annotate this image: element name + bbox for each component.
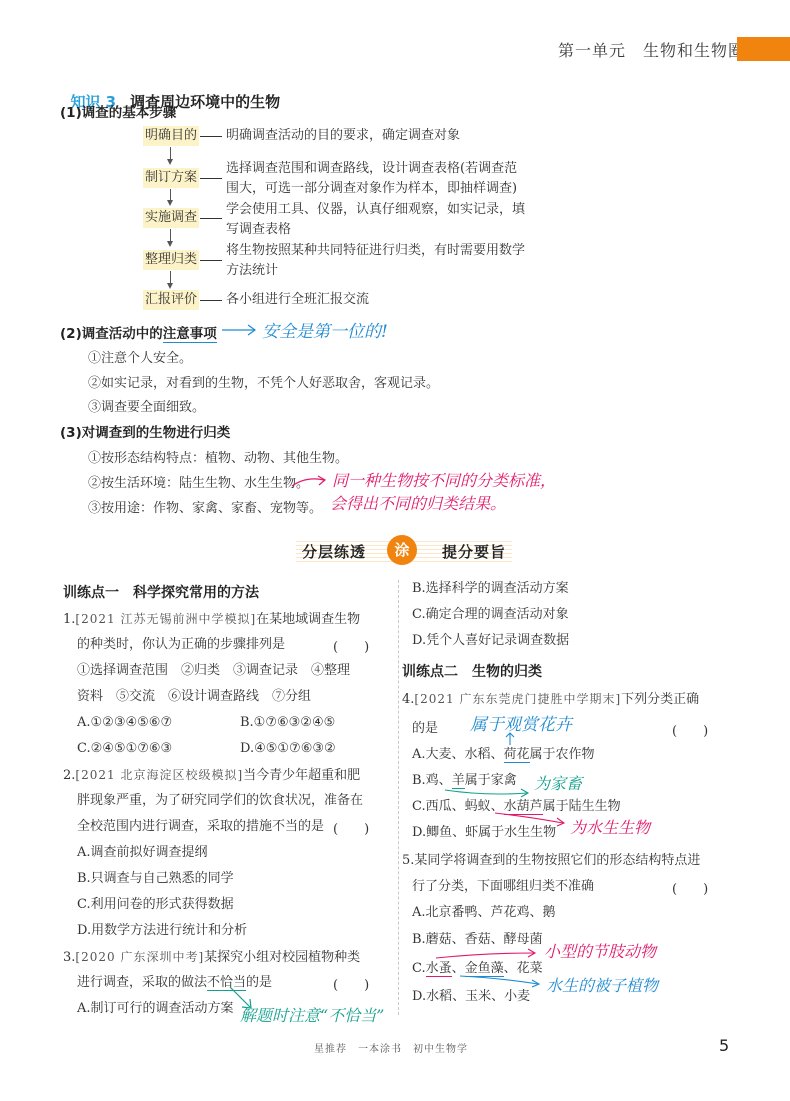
list-item: ③调查要全面细致。: [88, 396, 205, 415]
underlined-key-term: 注意事项: [163, 326, 217, 343]
q1-option-a[interactable]: A.①②③④⑤⑥⑦: [77, 710, 172, 736]
column-divider: [398, 580, 399, 1015]
q1-options-line1: ①选择调查范围 ②归类 ③调查记录 ④整理: [77, 658, 350, 684]
section3-heading: (3)对调查到的生物进行归类: [60, 421, 230, 441]
q-number: 2.: [63, 768, 75, 783]
answer-blank[interactable]: ( ): [333, 636, 369, 655]
practice-banner: 分层练透 涂 提分要旨: [296, 538, 512, 562]
flow-connector: [200, 178, 222, 179]
flow-step-1: 明确目的: [143, 126, 199, 146]
q-stem: 进行调查，采取的做法: [77, 975, 207, 990]
q1-stem-line2: 的种类时，你认为正确的步骤排列是: [77, 632, 285, 658]
flow-step-2: 制订方案: [143, 168, 199, 188]
option-text: 属于农作物: [530, 747, 595, 762]
q-number: 5.: [402, 853, 414, 868]
flow-desc-2: 选择调查范围和调查路线，设计调查表格(若调查范围大，可选一部分调查对象作为样本，…: [226, 159, 526, 199]
answer-blank[interactable]: ( ): [672, 878, 708, 897]
flow-step-5: 汇报评价: [143, 290, 199, 310]
answer-blank[interactable]: ( ): [333, 818, 369, 837]
list-item: ③按用途：作物、家禽、家畜、宠物等。: [88, 497, 322, 516]
banner-left-text: 分层练透: [302, 541, 366, 562]
q5-option-d[interactable]: D.水稻、玉米、小麦: [412, 984, 530, 1010]
q1-option-b[interactable]: B.①⑦⑥③②④⑤: [240, 710, 335, 736]
option-text: C.西瓜、蚂蚁、: [412, 799, 504, 814]
flow-connector: [200, 136, 222, 137]
q-number: 3.: [63, 950, 75, 965]
flow-desc-3: 学会使用工具、仪器，认真仔细观察，如实记录，填写调查表格: [226, 200, 526, 240]
chapter-header: 第一单元 生物和生物圈: [558, 38, 745, 61]
curved-arrow-icon: [292, 474, 328, 490]
q3-option-d[interactable]: D.凭个人喜好记录调查数据: [412, 628, 569, 654]
flow-step-4: 整理归类: [143, 250, 199, 270]
q3-option-a[interactable]: A.制订可行的调查活动方案: [77, 996, 234, 1022]
q-stem: 当今青少年超重和肥: [243, 768, 360, 783]
heading-text: (2)调查活动中的: [60, 326, 163, 342]
q-source: [2021 江苏无锡前洲中学模拟]: [75, 612, 256, 626]
q-stem: 某同学将调查到的生物按照它们的形态结构特点进: [414, 853, 700, 868]
q3-option-b[interactable]: B.选择科学的调查活动方案: [412, 576, 569, 602]
q5-stem-line1: 5.某同学将调查到的生物按照它们的形态结构特点进: [402, 848, 700, 874]
arrow-down-icon: [170, 147, 171, 163]
flow-desc-4: 将生物按照某种共同特征进行归类，有时需要用数学方法统计: [226, 241, 526, 281]
q2-stem-line1: 2.[2021 北京海淀区校级模拟]当今青少年超重和肥: [63, 762, 360, 789]
list-item: ①按形态结构特点：植物、动物、其他生物。: [88, 447, 348, 466]
q1-stem-line1: 1.[2021 江苏无锡前洲中学模拟]在某地域调查生物: [63, 606, 360, 633]
q4-option-a[interactable]: A.大麦、水稻、荷花属于农作物: [412, 742, 595, 768]
section2-heading: (2)调查活动中的注意事项: [60, 322, 217, 342]
q-stem: 下列分类正确: [621, 692, 699, 707]
handwritten-note-safety: 安全是第一位的!: [262, 317, 388, 342]
handwritten-note-caution: 解题时注意“不恰当”: [240, 1003, 384, 1026]
q4-option-d[interactable]: D.鲫鱼、虾属于水生生物: [412, 820, 556, 846]
chapter-title: 生物和生物圈: [643, 41, 745, 60]
q3-stem-line1: 3.[2020 广东深圳中考]某探究小组对校园植物种类: [63, 944, 360, 971]
handwritten-note-angiosperm: 水生的被子植物: [546, 973, 658, 996]
q-source: [2021 广东东莞虎门捷胜中学期末]: [414, 692, 621, 706]
q5-stem-line2: 行了分类，下面哪组归类不准确: [412, 874, 594, 900]
q1-options-line2: 资料 ⑤交流 ⑥设计调查路线 ⑦分组: [77, 684, 311, 710]
q-stem: 在某地域调查生物: [256, 612, 360, 627]
flow-desc-5: 各小组进行全班汇报交流: [226, 290, 526, 310]
paint-badge-icon: 涂: [387, 535, 417, 565]
q2-option-c[interactable]: C.利用问卷的形式获得数据: [77, 892, 234, 918]
header-accent-bar: [737, 37, 790, 61]
practice2-title: 训练点二 生物的归类: [402, 661, 542, 681]
handwritten-note-classification-1: 同一种生物按不同的分类标准，: [332, 468, 556, 491]
footer-series: 星推荐 一本涂书 初中生物学: [314, 1040, 468, 1055]
q-number: 1.: [63, 612, 75, 627]
arrow-down-icon: [170, 271, 171, 287]
arrow-down-icon: [170, 189, 171, 204]
q2-option-b[interactable]: B.只调查与自己熟悉的同学: [77, 866, 234, 892]
arrow-down-icon: [170, 229, 171, 245]
handwritten-note-aquatic: 为水生生物: [570, 815, 650, 838]
handwritten-note-ornamental: 属于观赏花卉: [470, 710, 572, 735]
flow-connector: [200, 300, 222, 301]
q-stem: 某探究小组对校园植物种类: [204, 950, 360, 965]
list-item: ②按生活环境：陆生生物、水生生物。: [88, 472, 309, 491]
practice1-title: 训练点一 科学探究常用的方法: [63, 582, 259, 602]
q5-option-a[interactable]: A.北京番鸭、芦花鸡、鹅: [412, 900, 556, 926]
handwritten-note-classification-2: 会得出不同的归类结果。: [330, 491, 506, 514]
q2-option-d[interactable]: D.用数学方法进行统计和分析: [77, 918, 247, 944]
q2-stem-line2: 胖现象严重，为了研究同学们的饮食状况，准备在: [77, 788, 363, 814]
q1-option-d[interactable]: D.④⑤①⑦⑥③②: [240, 736, 336, 762]
handwritten-note-livestock: 为家畜: [534, 771, 582, 794]
arrow-right-icon: [222, 322, 258, 338]
flow-connector: [200, 218, 222, 219]
underlined-term: 荷花: [504, 747, 530, 763]
q4-stem-line1: 4.[2021 广东东莞虎门捷胜中学期末]下列分类正确: [402, 686, 699, 713]
q2-stem-line3: 全校范围内进行调查，采取的措施不当的是: [77, 814, 324, 840]
q4-stem-line2: 的是: [412, 716, 438, 742]
answer-blank[interactable]: ( ): [333, 974, 369, 993]
option-text: A.大麦、水稻、: [412, 747, 504, 762]
flow-desc-1: 明确调查活动的目的要求，确定调查对象: [226, 126, 526, 146]
q2-option-a[interactable]: A.调查前拟好调查提纲: [77, 840, 208, 866]
underlined-term: 水蚤: [426, 961, 452, 977]
q1-option-c[interactable]: C.②④⑤①⑦⑥③: [77, 736, 172, 762]
banner-right-text: 提分要旨: [442, 541, 506, 562]
q-source: [2020 广东深圳中考]: [75, 950, 204, 964]
flow-connector: [200, 260, 222, 261]
section1-heading: (1)调查的基本步骤: [60, 101, 176, 121]
unit-label: 第一单元: [558, 41, 626, 60]
handwritten-note-arthropod: 小型的节肢动物: [544, 939, 656, 962]
list-item: ②如实记录，对看到的生物，不凭个人好恶取舍，客观记录。: [88, 372, 439, 391]
flow-step-3: 实施调查: [143, 208, 199, 228]
q3-option-c[interactable]: C.确定合理的调查活动对象: [412, 602, 569, 628]
answer-blank[interactable]: ( ): [672, 720, 708, 739]
page-number: 5: [719, 1036, 729, 1055]
q-source: [2021 北京海淀区校级模拟]: [75, 768, 243, 782]
list-item: ①注意个人安全。: [88, 347, 192, 366]
q-number: 4.: [402, 692, 414, 707]
option-text: C.: [412, 961, 426, 976]
